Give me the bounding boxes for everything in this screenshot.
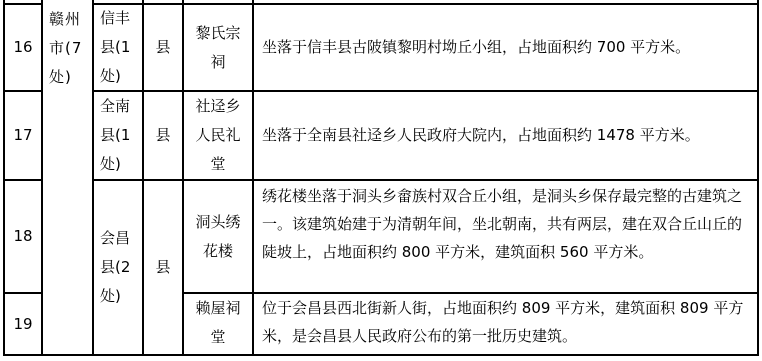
- row-17-level: 县: [144, 92, 182, 179]
- row-19-name: 赖屋祠堂: [184, 294, 252, 354]
- row-16-name: 黎氏宗祠: [184, 5, 252, 90]
- row-18-description: 绣花楼坐落于洞头乡畲族村双合丘小组，是洞头乡保存最完整的古建筑之一。该建筑始建于…: [254, 181, 757, 292]
- row-16-description: 坐落于信丰县古陂镇黎明村坳丘小组，占地面积约 700 平方米。: [254, 5, 757, 90]
- row-16-level: 县: [144, 5, 182, 90]
- row-18-county: 会昌县(2处): [94, 181, 142, 354]
- row-16-county: 信丰县(1处): [94, 5, 142, 90]
- row-17-index: 17: [5, 92, 41, 179]
- row-divider-bottom: [3, 354, 759, 356]
- city-group-cell: 赣州市(7处): [43, 3, 92, 93]
- row-19-index: 19: [5, 294, 41, 354]
- row-17-description: 坐落于全南县社迳乡人民政府大院内，占地面积约 1478 平方米。: [254, 92, 757, 179]
- row-16-index: 16: [5, 5, 41, 90]
- city-group-label: 赣州市(7处): [49, 5, 86, 92]
- row-18-level: 县: [144, 181, 182, 354]
- row-19-description: 位于会昌县西北街新人街，占地面积约 809 平方米，建筑面积 809 平方米，是…: [254, 294, 757, 354]
- row-18-index: 18: [5, 181, 41, 292]
- row-17-county: 全南县(1处): [94, 92, 142, 179]
- row-18-name: 洞头绣花楼: [184, 181, 252, 292]
- col-divider-6: [757, 0, 759, 356]
- row-17-name: 社迳乡人民礼堂: [184, 92, 252, 179]
